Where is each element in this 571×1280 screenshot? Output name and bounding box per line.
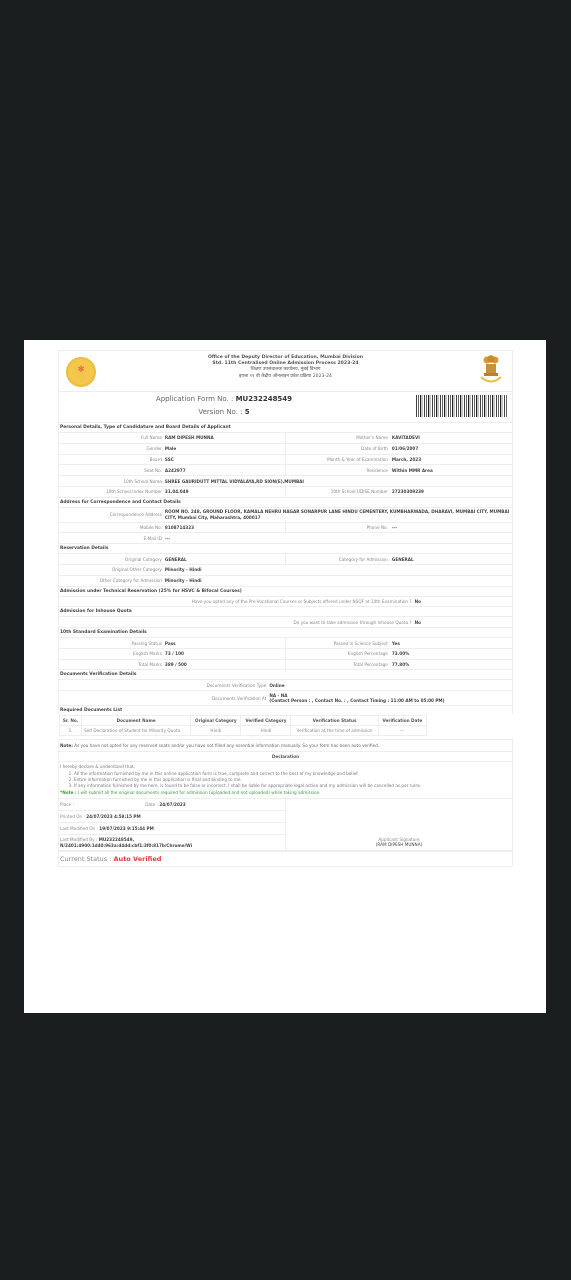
section-verification-title: Documents Verification Details (58, 670, 513, 679)
column-header: Verified Category (241, 716, 291, 726)
table-row: Total Marks389 / 500 Total Percentage77.… (59, 659, 513, 670)
version-number: Version No. : 5 (59, 408, 389, 416)
technical-table: Have you opted any of the Pre-Vocational… (58, 596, 513, 608)
column-header: Verification Status (291, 716, 378, 726)
table-row: Do you want to take admission through In… (59, 617, 513, 628)
english-marks: 73 / 100 (163, 648, 286, 659)
total-percentage: 77.80% (390, 659, 513, 670)
table-row: Original Other CategoryMinority - Hindi (59, 565, 513, 576)
table-row: Passing StatusPass Passed in Science Sub… (59, 638, 513, 649)
table-cell: Hindi (191, 726, 241, 736)
mother-name: KAVITADEVI (390, 433, 513, 444)
auto-verify-note: Note: As you have not opted for any rese… (58, 739, 513, 752)
marathi-line-2: इयत्ता ११ वी केंद्रीय ऑनलाइन प्रवेश प्रक… (59, 374, 512, 380)
seat-no: A242977 (163, 465, 286, 476)
english-percentage: 73.00% (390, 648, 513, 659)
table-cell: --- (378, 726, 426, 736)
original-other-category: Minority - Hindi (163, 565, 513, 576)
table-row: 10th School NameSHREE GAURIDUTT MITTAL V… (59, 476, 513, 487)
table-row: Documents Verification TypeOnline (59, 680, 513, 691)
reservation-table: Original CategoryGENERAL Category for Ad… (58, 553, 513, 586)
table-row: BoardSSC Month & Year of ExaminationMarc… (59, 454, 513, 465)
table-row: Original CategoryGENERAL Category for Ad… (59, 554, 513, 565)
ashoka-emblem-icon (478, 353, 504, 387)
table-row: GenderMale Date of Birth01/06/2007 (59, 443, 513, 454)
section-reservation-title: Reservation Details (58, 544, 513, 553)
section-documents-title: Required Documents List (58, 706, 513, 715)
board: SSC (163, 454, 286, 465)
table-row: E-Mail ID--- (59, 533, 513, 544)
table-row: Place : Date : 24/07/2023 Applicant Sign… (59, 799, 513, 811)
table-row: Have you opted any of the Pre-Vocational… (59, 596, 513, 607)
table-row: Other Category for AdmissionMinority - H… (59, 575, 513, 586)
status-badge: Auto Verified (114, 855, 162, 863)
declaration-list: All the information furnished by me in t… (60, 771, 511, 790)
gender: Male (163, 443, 286, 454)
declaration-note: *Note : I will submit all the original d… (60, 790, 511, 796)
total-marks: 389 / 500 (163, 659, 286, 670)
current-status: Current Status : Auto Verified (58, 851, 513, 867)
passed-science: Yes (390, 638, 513, 649)
barcode-icon (416, 395, 508, 417)
documents-table: Sr. No.Document NameOriginal CategoryVer… (59, 715, 427, 736)
email: --- (163, 533, 513, 544)
school-udise: 27230309239 (390, 486, 513, 497)
column-header: Original Category (191, 716, 241, 726)
section-inhouse-title: Admission for Inhouse Quota (58, 607, 513, 616)
section-address-title: Address for Correspondence and Contact D… (58, 498, 513, 507)
document-page: ✱ Office of the Deputy Director of Educa… (24, 340, 546, 1013)
form-header: ✱ Office of the Deputy Director of Educa… (58, 350, 513, 391)
inhouse-answer: No (413, 617, 513, 628)
application-number-block: Application Form No. : MU232248549 Versi… (58, 391, 513, 423)
table-row: Full NameRAM DIPESH MUNNA Mother's NameK… (59, 433, 513, 444)
section-personal-title: Personal Details, Type of Candidature an… (58, 423, 513, 432)
table-row: Correspondence AddressROOM NO. 248, GROU… (59, 507, 513, 522)
table-cell: Self Declaration of Student for Minority… (82, 726, 191, 736)
date-of-birth: 01/06/2007 (390, 443, 513, 454)
section-exam-title: 10th Standard Examination Details (58, 628, 513, 637)
table-row: Mobile No.8108714323 Phone No.--- (59, 522, 513, 533)
verification-table: Documents Verification TypeOnline Docume… (58, 679, 513, 706)
mobile-no: 8108714323 (163, 522, 286, 533)
exam-table: Passing StatusPass Passed in Science Sub… (58, 637, 513, 670)
school-index: 31.04.049 (163, 486, 286, 497)
column-header: Sr. No. (60, 716, 82, 726)
exam-month-year: March, 2023 (390, 454, 513, 465)
last-modified-on: Last Modified On : 19/07/2023 9:15:44 PM (59, 823, 286, 835)
table-row: English Marks73 / 100 English Percentage… (59, 648, 513, 659)
table-row: 1.Self Declaration of Student for Minori… (60, 726, 427, 736)
table-row: 10th School Index Number31.04.049 10th S… (59, 486, 513, 497)
header-text: Office of the Deputy Director of Educati… (59, 355, 512, 380)
technical-answer: No (413, 596, 513, 607)
admission-category: GENERAL (390, 554, 513, 565)
full-name: RAM DIPESH MUNNA (163, 433, 286, 444)
last-modified-by: Last Modified By : MU232248549,N/2401:49… (59, 835, 286, 851)
table-cell: 1. (60, 726, 82, 736)
table-header-row: Sr. No.Document NameOriginal CategoryVer… (60, 716, 427, 726)
table-cell: Hindi (241, 726, 291, 736)
printed-on: Printed On : 24/07/2023 4:58:15 PM (59, 811, 286, 823)
other-admission-category: Minority - Hindi (163, 575, 513, 586)
footer-table: Place : Date : 24/07/2023 Applicant Sign… (58, 798, 513, 851)
declaration-body: I hereby declare & understand that, All … (58, 762, 513, 798)
personal-details-table: Full NameRAM DIPESH MUNNA Mother's NameK… (58, 432, 513, 498)
admission-form: ✱ Office of the Deputy Director of Educa… (58, 350, 513, 867)
place-date: Place : Date : 24/07/2023 (59, 799, 286, 811)
table-row: Documents Verification At NA - NA (Conta… (59, 691, 513, 706)
residence: Within MMR Area (390, 465, 513, 476)
original-category: GENERAL (163, 554, 286, 565)
table-cell: Verification at the time of admission (291, 726, 378, 736)
phone-no: --- (390, 522, 513, 533)
inhouse-table: Do you want to take admission through In… (58, 616, 513, 628)
correspondence-address: ROOM NO. 248, GROUND FLOOR, KAMALA NEHRU… (163, 507, 513, 522)
school-name: SHREE GAURIDUTT MITTAL VIDYALAYA,RD SION… (163, 476, 513, 487)
passing-status: Pass (163, 638, 286, 649)
address-table: Correspondence AddressROOM NO. 248, GROU… (58, 507, 513, 545)
section-technical-title: Admission under Technical Reservation (2… (58, 587, 513, 596)
signature-block: Applicant Signature (RAM DIPESH MUNNA) (286, 799, 513, 851)
verification-at: NA - NA (Contact Person : , Contact No. … (267, 691, 512, 706)
declaration-title: Declaration (58, 752, 513, 762)
column-header: Document Name (82, 716, 191, 726)
verification-type: Online (267, 680, 512, 691)
table-row: Seat No.A242977 ResidenceWithin MMR Area (59, 465, 513, 476)
application-form-number: Application Form No. : MU232248549 (59, 395, 389, 403)
column-header: Verification Date (378, 716, 426, 726)
